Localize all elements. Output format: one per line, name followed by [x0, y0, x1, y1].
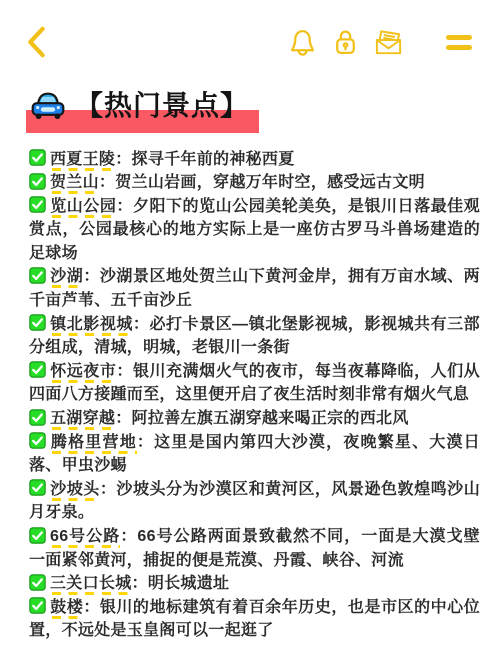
attraction-desc: 贺兰山岩画，穿越万年时空，感受远古文明 [115, 174, 425, 191]
separator-colon: ： [83, 599, 100, 616]
separator-colon: ： [132, 575, 148, 592]
title-highlight: 【热门景点】 [28, 84, 259, 124]
separator-colon: ： [116, 363, 133, 380]
back-chevron-icon [30, 29, 42, 55]
blue-car-icon [30, 89, 66, 120]
back-button[interactable] [24, 25, 48, 59]
attraction-name: 沙湖 [50, 268, 83, 288]
checked-checkbox-icon [29, 432, 46, 449]
attraction-name: 镇北影视城 [50, 316, 133, 336]
list-item: 五湖穿越：阿拉善左旗五湖穿越来喝正宗的西北风 [29, 407, 480, 431]
checked-checkbox-icon [29, 361, 46, 378]
checked-checkbox-icon [29, 479, 46, 496]
attraction-name: 三关口长城 [50, 575, 132, 595]
attraction-name: 腾格里营地 [50, 434, 137, 454]
attraction-name: 览山公园 [50, 198, 116, 218]
checked-checkbox-icon [29, 597, 46, 614]
list-item: 沙坡头：沙坡头分为沙漠区和黄河区，风景逊色敦煌鸣沙山月牙泉。 [29, 478, 480, 525]
attraction-desc: 探寻千年前的神秘西夏 [132, 151, 295, 168]
list-item: 腾格里营地：这里是国内第四大沙漠，夜晚繁星、大漠日落、甲虫沙蜴 [29, 431, 480, 478]
attraction-name: 怀远夜市 [50, 363, 116, 383]
list-item: 贺兰山：贺兰山岩画，穿越万年时空，感受远古文明 [29, 171, 480, 195]
lock-icon[interactable] [330, 27, 361, 58]
checked-checkbox-icon [29, 409, 46, 426]
list-item: 沙湖：沙湖景区地处贺兰山下黄河金岸，拥有万亩水域、两千亩芦苇、五千亩沙丘 [29, 265, 480, 312]
separator-colon: ： [99, 174, 115, 191]
checked-checkbox-icon [29, 267, 46, 284]
menu-bar-bottom [446, 45, 472, 50]
title-row: 【热门景点】 [28, 84, 500, 125]
attraction-name: 贺兰山 [50, 174, 99, 194]
top-bar [0, 0, 500, 60]
list-item: 怀远夜市：银川充满烟火气的夜市，每当夜幕降临，人们从四面八方接踵而至，这里便开启… [29, 360, 480, 407]
menu-bar-top [446, 35, 472, 40]
attraction-desc: 阿拉善左旗五湖穿越来喝正宗的西北风 [132, 410, 409, 427]
bell-icon[interactable] [287, 27, 318, 58]
checked-checkbox-icon [29, 574, 46, 591]
separator-colon: ： [133, 316, 150, 333]
list-item: 西夏王陵：探寻千年前的神秘西夏 [29, 148, 480, 172]
list-item: 鼓楼：银川的地标建筑有着百余年历史，也是市区的中心位置，不远处是玉皇阁可以一起逛… [29, 596, 480, 643]
mail-icon[interactable] [373, 27, 404, 58]
list-item: 镇北影视城：必打卡景区—镇北堡影视城，影视城共有三部分组成，清城，明城，老银川一… [29, 313, 480, 360]
separator-colon: ： [115, 410, 131, 427]
attraction-name: 66号公路 [50, 528, 120, 548]
list-item: 览山公园：夕阳下的览山公园美轮美奂，是银川日落最佳观赏点，公园最核心的地方实际上… [29, 195, 480, 266]
separator-colon: ： [83, 268, 100, 285]
checked-checkbox-icon [29, 196, 46, 213]
separator-colon: ： [115, 151, 131, 168]
separator-colon: ： [120, 528, 137, 545]
checked-checkbox-icon [29, 149, 46, 166]
note-page: { "topbar": { "icons": [ { "name": "bell… [0, 0, 500, 653]
attraction-desc: 明长城遗址 [148, 575, 230, 592]
attraction-name: 西夏王陵 [50, 151, 115, 171]
page-title: 【热门景点】 [75, 84, 249, 124]
separator-colon: ： [137, 434, 154, 451]
checked-checkbox-icon [29, 173, 46, 190]
attraction-name: 沙坡头 [50, 481, 100, 501]
checked-checkbox-icon [29, 314, 46, 331]
attraction-name: 鼓楼 [50, 599, 83, 619]
checked-checkbox-icon [29, 527, 46, 544]
topbar-icon-group [287, 27, 404, 58]
list-item: 三关口长城：明长城遗址 [29, 572, 480, 596]
list-item: 66号公路：66号公路两面景致截然不同，一面是大漠戈壁 一面紧邻黄河，捕捉的便是… [29, 525, 480, 572]
attraction-name: 五湖穿越 [50, 410, 115, 430]
separator-colon: ： [100, 481, 117, 498]
separator-colon: ： [116, 198, 133, 215]
menu-icon[interactable] [446, 30, 472, 54]
attraction-list: 西夏王陵：探寻千年前的神秘西夏 贺兰山：贺兰山岩画，穿越万年时空，感受远古文明 … [0, 148, 500, 643]
